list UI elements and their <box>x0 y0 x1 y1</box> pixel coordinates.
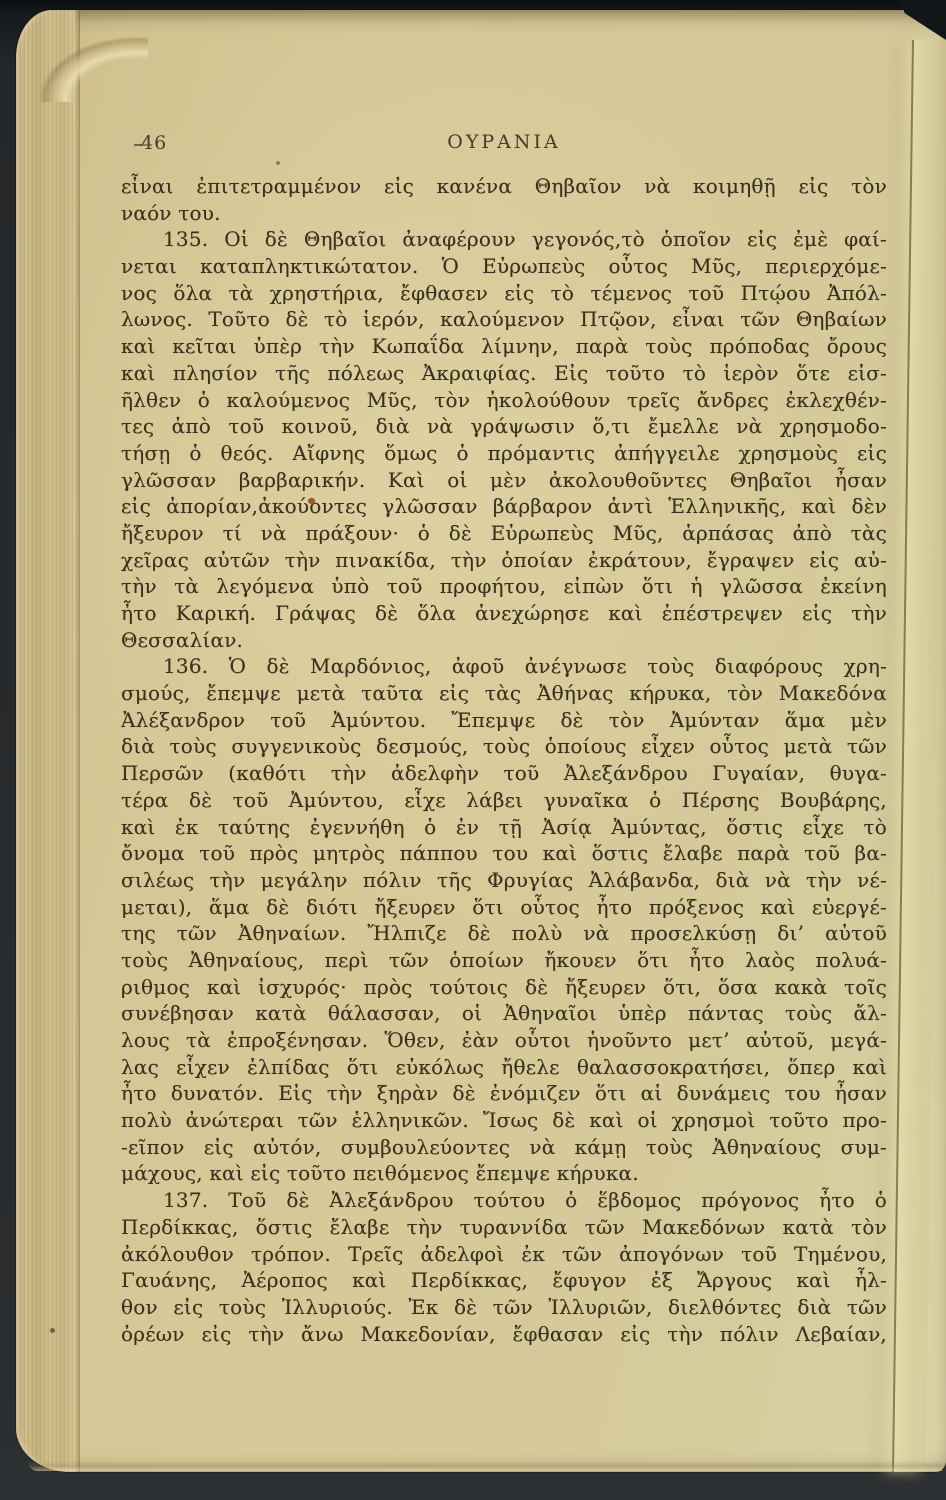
text-line: 137. Τοῦ δὲ Ἀλεξάνδρου τούτου ὁ ἕβδομος … <box>121 1187 887 1214</box>
torn-corner <box>16 10 148 102</box>
text-line: 136. Ὁ δὲ Μαρδόνιος, ἀφοῦ ἀνέγνωσε τοὺς … <box>121 653 887 680</box>
text-line: καὶ κεῖται ὑπὲρ τὴν Κωπαΐδα λίμνην, παρὰ… <box>121 333 887 360</box>
text-line: γλῶσσαν βαρβαρικήν. Καὶ οἱ μὲν ἀκολουθοῦ… <box>121 467 887 494</box>
text-line: λωνος. Τοῦτο δὲ τὸ ἱερόν, καλούμενον Πτῷ… <box>121 306 887 333</box>
running-header-title: ΟΥΡΑΝΙΑ <box>121 131 887 153</box>
text-line: καὶ ἐκ ταύτης ἐγεννήθη ὁ ἐν τῇ Ἀσίᾳ Ἀμύν… <box>121 814 887 841</box>
text-line: μεται), ἅμα δὲ διότι ἤξευρεν ὅτι οὗτος ἦ… <box>121 894 887 921</box>
text-line: ἤξευρον τί νὰ πράξουν· ὁ δὲ Εὐρωπεὺς Μῦς… <box>121 520 887 547</box>
text-line: ἀκόλουθον τρόπον. Τρεῖς ἀδελφοὶ ἐκ τῶν ἀ… <box>121 1241 887 1268</box>
text-line: Ἀλέξανδρον τοῦ Ἀμύντου. Ἔπεμψε δὲ τὸν Ἀμ… <box>121 707 887 734</box>
text-line: εἶναι ἐπιτετραμμένον εἰς κανένα Θηβαῖον … <box>121 173 887 200</box>
rust-stain-speck <box>308 498 315 504</box>
text-line: εἰς ἀπορίαν,ἀκούοντες γλῶσσαν βάρβαρον ἀ… <box>121 493 887 520</box>
text-line: χεῖρας αὐτῶν τὴν πινακίδα, τὴν ὁποίαν ἐκ… <box>121 547 887 574</box>
text-line: Θεσσαλίαν. <box>121 627 887 654</box>
text-line: Περσῶν (καθότι τὴν ἀδελφὴν τοῦ Ἀλεξάνδρο… <box>121 760 887 787</box>
text-line: καὶ πλησίον τῆς πόλεως Ἀκραιφίας. Εἰς το… <box>121 360 887 387</box>
book-page: 46 ΟΥΡΑΝΙΑ εἶναι ἐπιτετραμμένον εἰς κανέ… <box>16 10 946 1472</box>
text-line: Γαυάνης, Ἀέροπος καὶ Περδίκκας, ἔφυγον ἐ… <box>121 1267 887 1294</box>
text-line: της τῶν Ἀθηναίων. Ἤλπιζε δὲ πολὺ νὰ προσ… <box>121 920 887 947</box>
text-line: λους τὰ ἐπροξένησαν. Ὅθεν, ἐὰν οὗτοι ἡνο… <box>121 1027 887 1054</box>
text-line: ριθμος καὶ ἰσχυρός· πρὸς τούτοις δὲ ἤξευ… <box>121 974 887 1001</box>
text-line: ναόν του. <box>121 200 887 227</box>
text-line: ῆλθεν ὁ καλούμενος Μῦς, τὸν ἠκολούθουν τ… <box>121 387 887 414</box>
right-gutter-crease <box>892 40 946 1472</box>
text-line: Περδίκκας, ὅστις ἔλαβε τὴν τυραννίδα τῶν… <box>121 1214 887 1241</box>
page-header: 46 ΟΥΡΑΝΙΑ <box>121 130 887 158</box>
text-line: τες ἀπὸ τοῦ κοινοῦ, διὰ νὰ γράψωσιν ὅ,τι… <box>121 413 887 440</box>
text-line: μάχους, καὶ εἰς τοῦτο πειθόμενος ἔπεμψε … <box>121 1160 887 1187</box>
text-line: ἦτο Καρική. Γράψας δὲ ὅλα ἀνεχώρησε καὶ … <box>121 600 887 627</box>
text-line: ὄνομα τοῦ πρὸς μητρὸς πάππου του καὶ ὅστ… <box>121 840 887 867</box>
text-line: νεται καταπληκτικώτατον. Ὁ Εὐρωπεὺς οὗτο… <box>121 253 887 280</box>
text-line: 135. Οἱ δὲ Θηβαῖοι ἀναφέρουν γεγονός,τὸ … <box>121 226 887 253</box>
dust-speck <box>276 161 280 165</box>
text-line: ὀρέων εἰς τὴν ἄνω Μακεδονίαν, ἔφθασαν εἰ… <box>121 1321 887 1348</box>
text-line: λας εἶχεν ἐλπίδας ὅτι εὐκόλως ἤθελε θαλα… <box>121 1054 887 1081</box>
text-line: τέρα δὲ τοῦ Ἀμύντου, εἶχε λάβει γυναῖκα … <box>121 787 887 814</box>
text-line: ἦτο δυνατόν. Εἰς τὴν ξηρὰν δὲ ἐνόμιζεν ὅ… <box>121 1080 887 1107</box>
text-line: σμούς, ἔπεμψε μετὰ ταῦτα εἰς τὰς Ἀθήνας … <box>121 680 887 707</box>
text-line: θον εἰς τοὺς Ἰλλυριούς. Ἐκ δὲ τῶν Ἰλλυρι… <box>121 1294 887 1321</box>
page-edge-stack <box>16 10 80 1472</box>
text-line: διὰ τοὺς συγγενικοὺς δεσμούς, τοὺς ὁποίο… <box>121 733 887 760</box>
text-line: τήσῃ ὁ θεός. Αἴφνης ὅμως ὁ πρόμαντις ἀπή… <box>121 440 887 467</box>
text-line: τὴν τὰ λεγόμενα ὑπὸ τοῦ προφήτου, εἰπὼν … <box>121 573 887 600</box>
ink-speck <box>50 1328 55 1333</box>
text-line: σιλέως τὴν μεγάλην πόλιν τῆς Φρυγίας Ἀλά… <box>121 867 887 894</box>
text-line: πολὺ ἀνώτεραι τῶν ἑλληνικῶν. Ἴσως δὲ καὶ… <box>121 1107 887 1134</box>
text-line: νος ὅλα τὰ χρηστήρια, ἔφθασεν εἰς τὸ τέμ… <box>121 280 887 307</box>
body-text: εἶναι ἐπιτετραμμένον εἰς κανένα Θηβαῖον … <box>121 173 887 1347</box>
text-line: συνέβησαν κατὰ θάλασσαν, οἱ Ἀθηναῖοι ὑπὲ… <box>121 1000 887 1027</box>
text-line: -εῖπον εἰς αὐτόν, συμβουλεύοντες νὰ κάμῃ… <box>121 1134 887 1161</box>
text-line: τοὺς Ἀθηναίους, περὶ τῶν ὁποίων ἤκουεν ὅ… <box>121 947 887 974</box>
